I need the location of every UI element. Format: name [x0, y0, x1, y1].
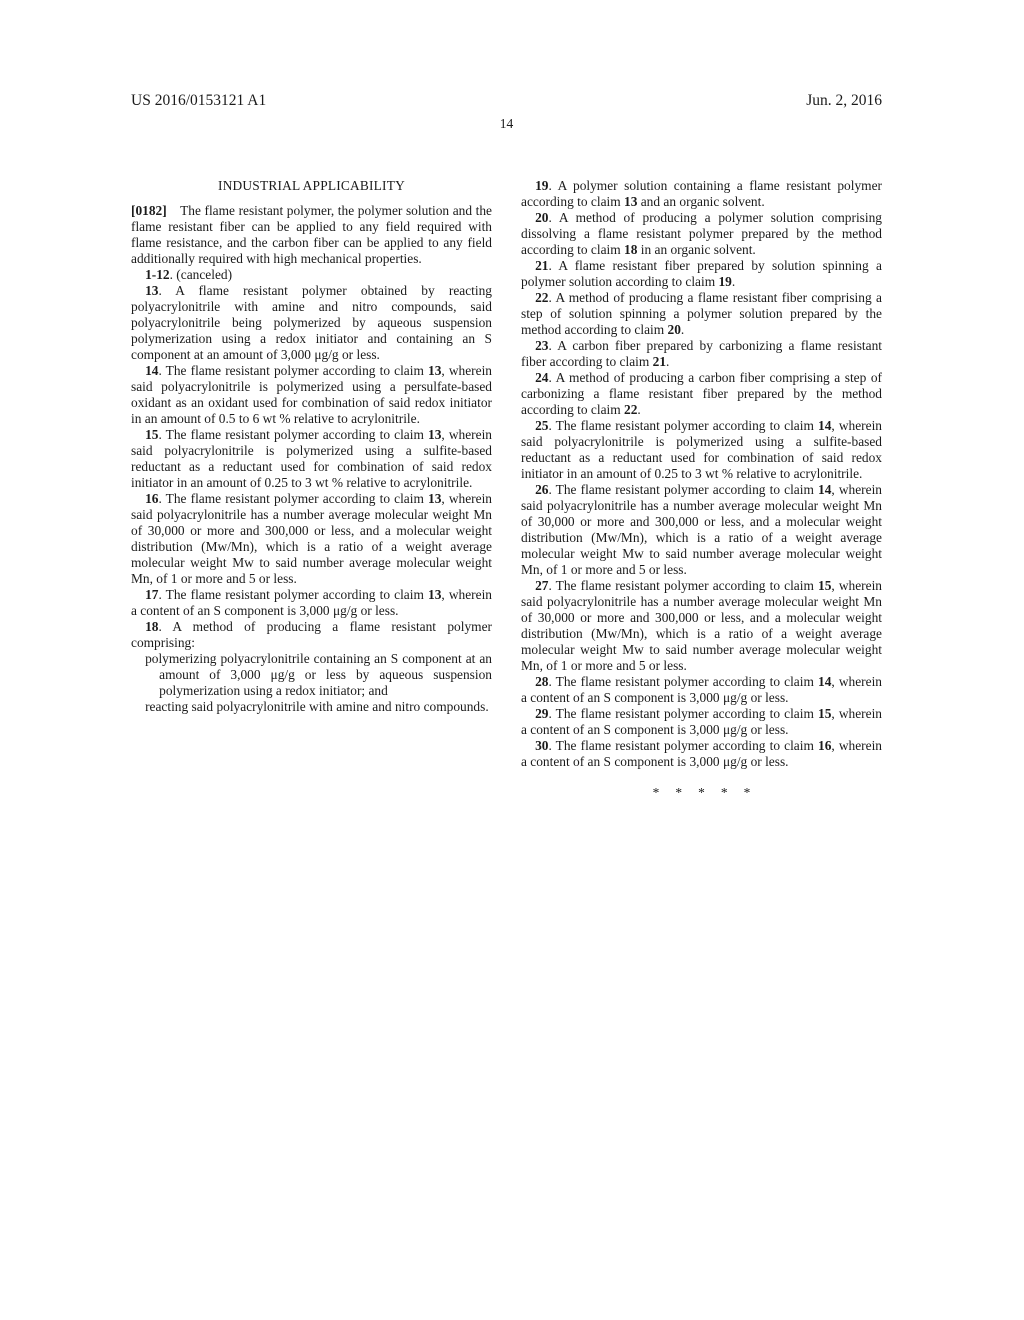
claim-14: 14. The flame resistant polymer accordin… — [131, 363, 492, 427]
end-of-claims-asterisks: * * * * * — [521, 785, 882, 801]
page-header: US 2016/0153121 A1 Jun. 2, 2016 — [131, 92, 882, 110]
claim-15: 15. The flame resistant polymer accordin… — [131, 427, 492, 491]
section-heading-industrial-applicability: INDUSTRIAL APPLICABILITY — [131, 178, 492, 194]
claim-18: 18. A method of producing a flame resist… — [131, 619, 492, 651]
claim-1-12-canceled: 1-12. (canceled) — [131, 267, 492, 283]
claim-26: 26. The flame resistant polymer accordin… — [521, 482, 882, 578]
claim-27: 27. The flame resistant polymer accordin… — [521, 578, 882, 674]
claim-30: 30. The flame resistant polymer accordin… — [521, 738, 882, 770]
claim-19: 19. A polymer solution containing a flam… — [521, 178, 882, 210]
page-number-row: 14 — [131, 116, 882, 132]
claim-28: 28. The flame resistant polymer accordin… — [521, 674, 882, 706]
claim-29: 29. The flame resistant polymer accordin… — [521, 706, 882, 738]
claim-18-step-reacting: reacting said polyacrylonitrile with ami… — [131, 699, 492, 715]
claim-22: 22. A method of producing a flame resist… — [521, 290, 882, 338]
publication-date: Jun. 2, 2016 — [806, 92, 882, 110]
page-number: 14 — [500, 116, 514, 131]
claim-23: 23. A carbon fiber prepared by carbonizi… — [521, 338, 882, 370]
paragraph-0182: [0182] The flame resistant polymer, the … — [131, 203, 492, 267]
claim-13: 13. A flame resistant polymer obtained b… — [131, 283, 492, 363]
claim-25: 25. The flame resistant polymer accordin… — [521, 418, 882, 482]
right-column: 19. A polymer solution containing a flam… — [521, 178, 882, 801]
patent-page: US 2016/0153121 A1 Jun. 2, 2016 14 INDUS… — [0, 0, 1024, 1320]
publication-number: US 2016/0153121 A1 — [131, 92, 266, 110]
two-column-body: INDUSTRIAL APPLICABILITY[0182] The flame… — [131, 178, 882, 801]
claim-24: 24. A method of producing a carbon fiber… — [521, 370, 882, 418]
claim-18-step-polymerizing: polymerizing polyacrylonitrile containin… — [131, 651, 492, 699]
left-column: INDUSTRIAL APPLICABILITY[0182] The flame… — [131, 178, 492, 801]
claim-16: 16. The flame resistant polymer accordin… — [131, 491, 492, 587]
claim-17: 17. The flame resistant polymer accordin… — [131, 587, 492, 619]
claim-20: 20. A method of producing a polymer solu… — [521, 210, 882, 258]
claim-21: 21. A flame resistant fiber prepared by … — [521, 258, 882, 290]
